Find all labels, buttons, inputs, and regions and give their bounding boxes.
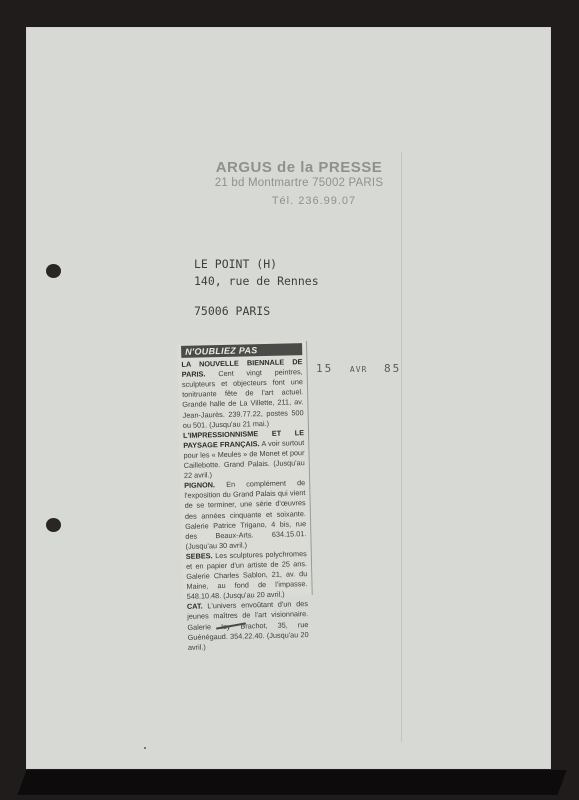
background-shadow (17, 770, 566, 795)
item-title: SEBES. (186, 551, 213, 561)
date-month: AVR (350, 365, 367, 374)
stamp-address: 21 bd Montmartre 75002 PARIS (194, 177, 404, 189)
stamp-name: ARGUS de la PRESSE (194, 159, 404, 176)
item-body: L'univers envoûtant d'un des jeunes maît… (187, 599, 309, 651)
press-agency-stamp: ARGUS de la PRESSE 21 bd Montmartre 7500… (194, 159, 404, 207)
recipient-line3: 75006 PARIS (194, 303, 319, 320)
stamp-tel: Tél. 236.99.07 (194, 195, 404, 207)
punch-hole-bottom (46, 518, 61, 532)
clipping-header: N'OUBLIEZ PAS (181, 343, 302, 358)
date-day: 15 (316, 362, 333, 375)
recipient-address: LE POINT (H) 140, rue de Rennes 75006 PA… (194, 256, 319, 320)
date-stamp: 15 AVR 85 (316, 362, 401, 375)
clipping-item: CAT. L'univers envoûtant d'un des jeunes… (187, 599, 309, 652)
recipient-line1: LE POINT (H) (194, 256, 319, 273)
fold-line (401, 152, 402, 742)
recipient-line2: 140, rue de Rennes (194, 273, 319, 290)
date-year: 85 (384, 362, 401, 375)
clipping-item: L'IMPRESSIONNISME ET LE PAYSAGE FRANÇAIS… (183, 428, 305, 481)
clipping-item: LA NOUVELLE BIENNALE DE PARIS. Cent ving… (181, 357, 304, 430)
item-title: CAT. (187, 602, 203, 611)
ink-dot (144, 747, 146, 749)
clipping-item: PIGNON. En complément de l'exposition du… (184, 478, 307, 551)
document-page: ARGUS de la PRESSE 21 bd Montmartre 7500… (26, 27, 551, 769)
item-title: PIGNON. (184, 480, 215, 490)
newspaper-clipping: N'OUBLIEZ PAS LA NOUVELLE BIENNALE DE PA… (177, 341, 313, 598)
clipping-item: SEBES. Les sculptures polychromes et en … (186, 549, 308, 602)
punch-hole-top (46, 264, 61, 278)
